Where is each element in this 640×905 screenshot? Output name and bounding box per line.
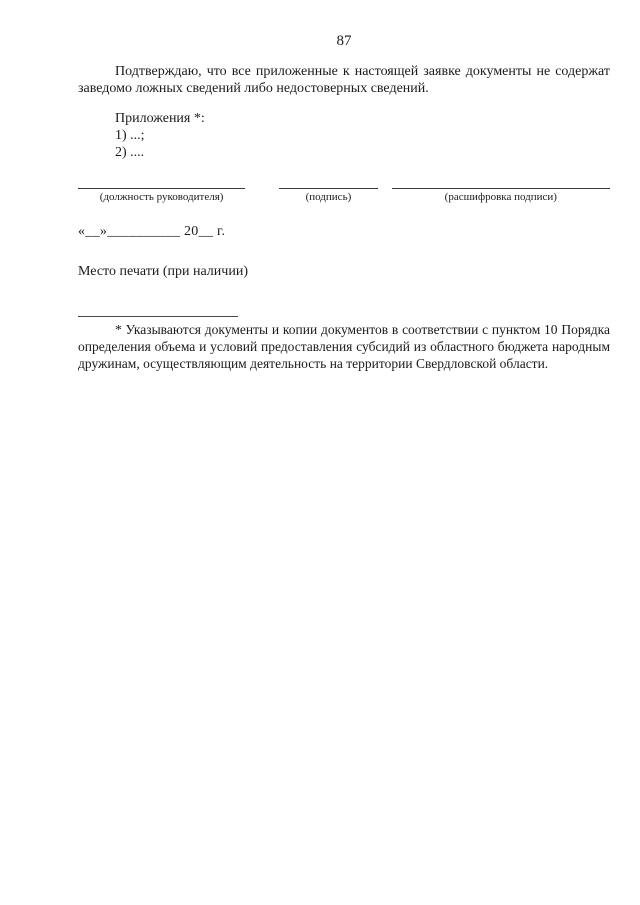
- attachment-item-1: 1) ...;: [78, 127, 610, 144]
- footnote-text: * Указываются документы и копии документ…: [78, 321, 610, 372]
- page-content: 87 Подтверждаю, что все приложенные к на…: [78, 33, 610, 386]
- page-number: 87: [78, 33, 610, 50]
- seal-note: Место печати (при наличии): [78, 264, 610, 280]
- signature-blank-line: [78, 188, 245, 189]
- signature-block: (должность руководителя) (подпись) (расш…: [78, 188, 610, 204]
- signature-field-name: (расшифровка подписи): [392, 188, 610, 204]
- attachments-section: Приложения *: 1) ...; 2) ....: [78, 110, 610, 161]
- date-line: «__»__________ 20__ г.: [78, 224, 610, 240]
- attachment-item-2: 2) ....: [78, 144, 610, 161]
- footnote-separator: [78, 316, 238, 317]
- attachments-heading: Приложения *:: [78, 110, 610, 127]
- signature-field-position: (должность руководителя): [78, 188, 245, 204]
- signature-blank-line: [392, 188, 610, 189]
- signature-blank-line: [279, 188, 377, 189]
- confirmation-paragraph: Подтверждаю, что все приложенные к насто…: [78, 63, 610, 97]
- signature-label-name: (расшифровка подписи): [392, 191, 610, 204]
- document-page: 87 Подтверждаю, что все приложенные к на…: [0, 0, 640, 905]
- signature-label-position: (должность руководителя): [78, 191, 245, 204]
- signature-field-signature: (подпись): [279, 188, 377, 204]
- signature-label-signature: (подпись): [279, 191, 377, 204]
